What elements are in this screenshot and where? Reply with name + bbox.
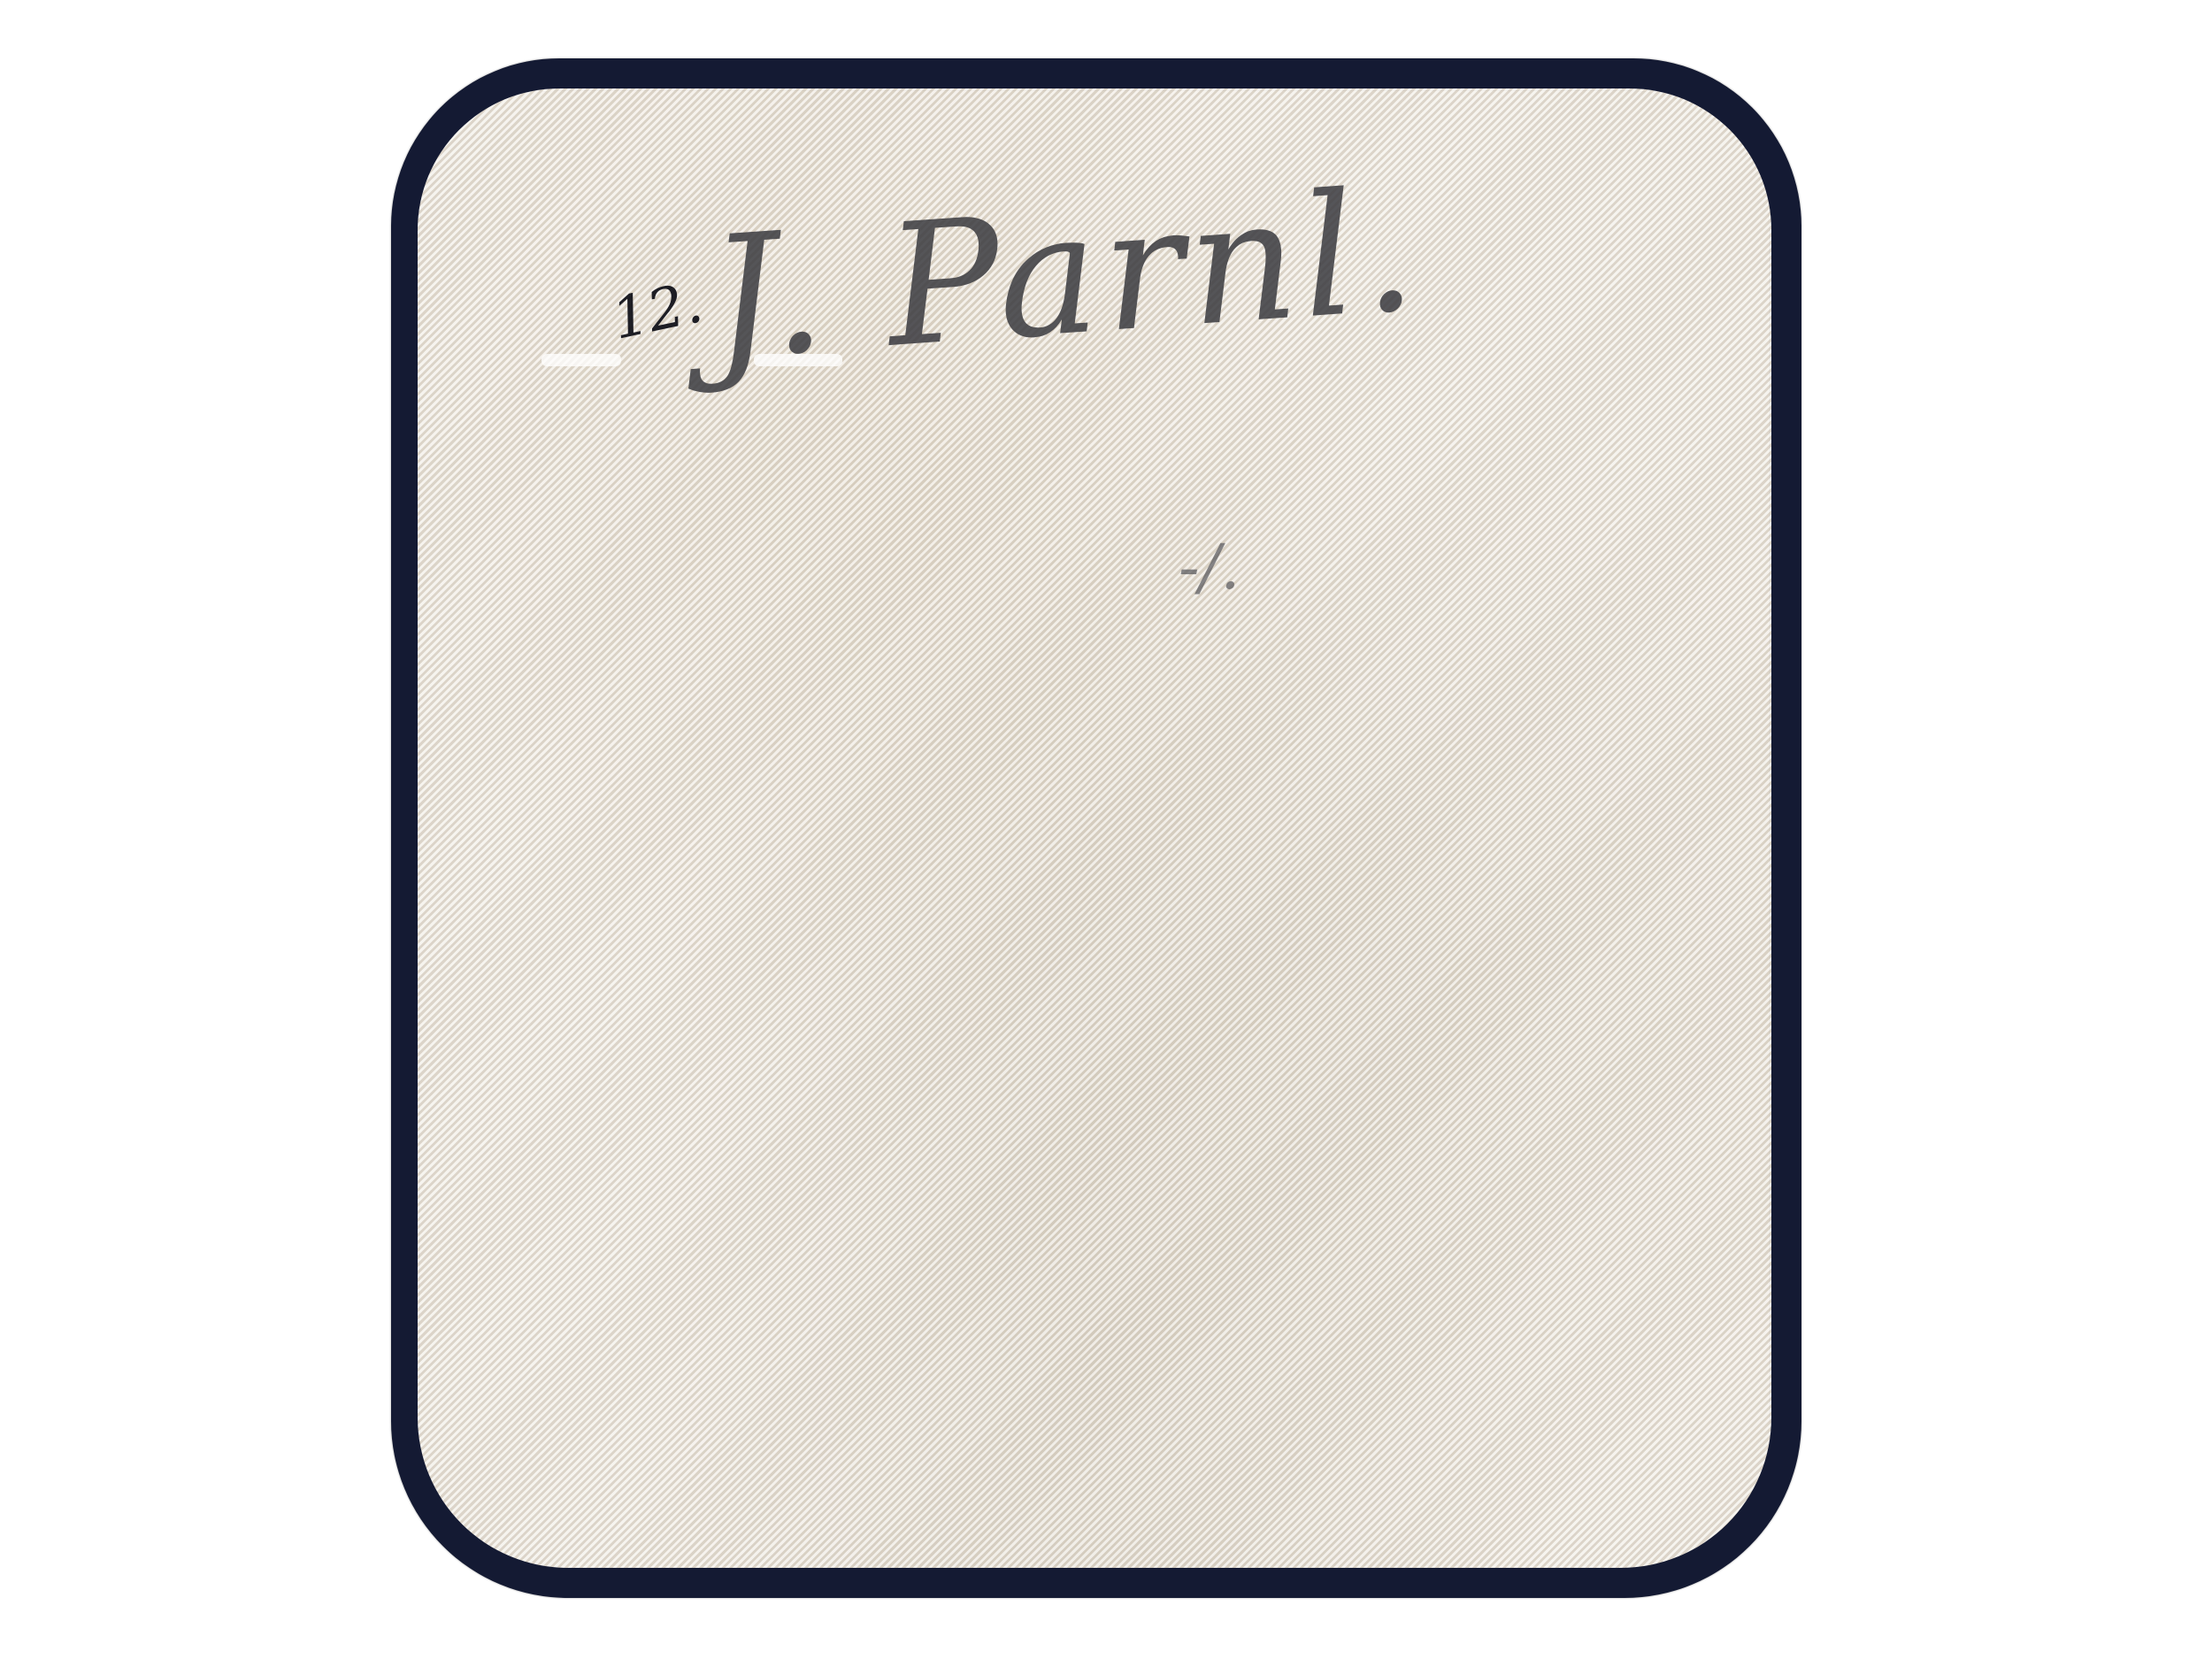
- card-paper: 12. J. Parnl. -/.: [418, 88, 1771, 1568]
- glare-spot: [541, 354, 621, 366]
- pencil-signature: J. Parnl.: [703, 152, 1426, 396]
- ink-number: 12.: [606, 270, 708, 353]
- pencil-mark: -/.: [1179, 531, 1240, 603]
- card-border: 12. J. Parnl. -/.: [391, 58, 1801, 1598]
